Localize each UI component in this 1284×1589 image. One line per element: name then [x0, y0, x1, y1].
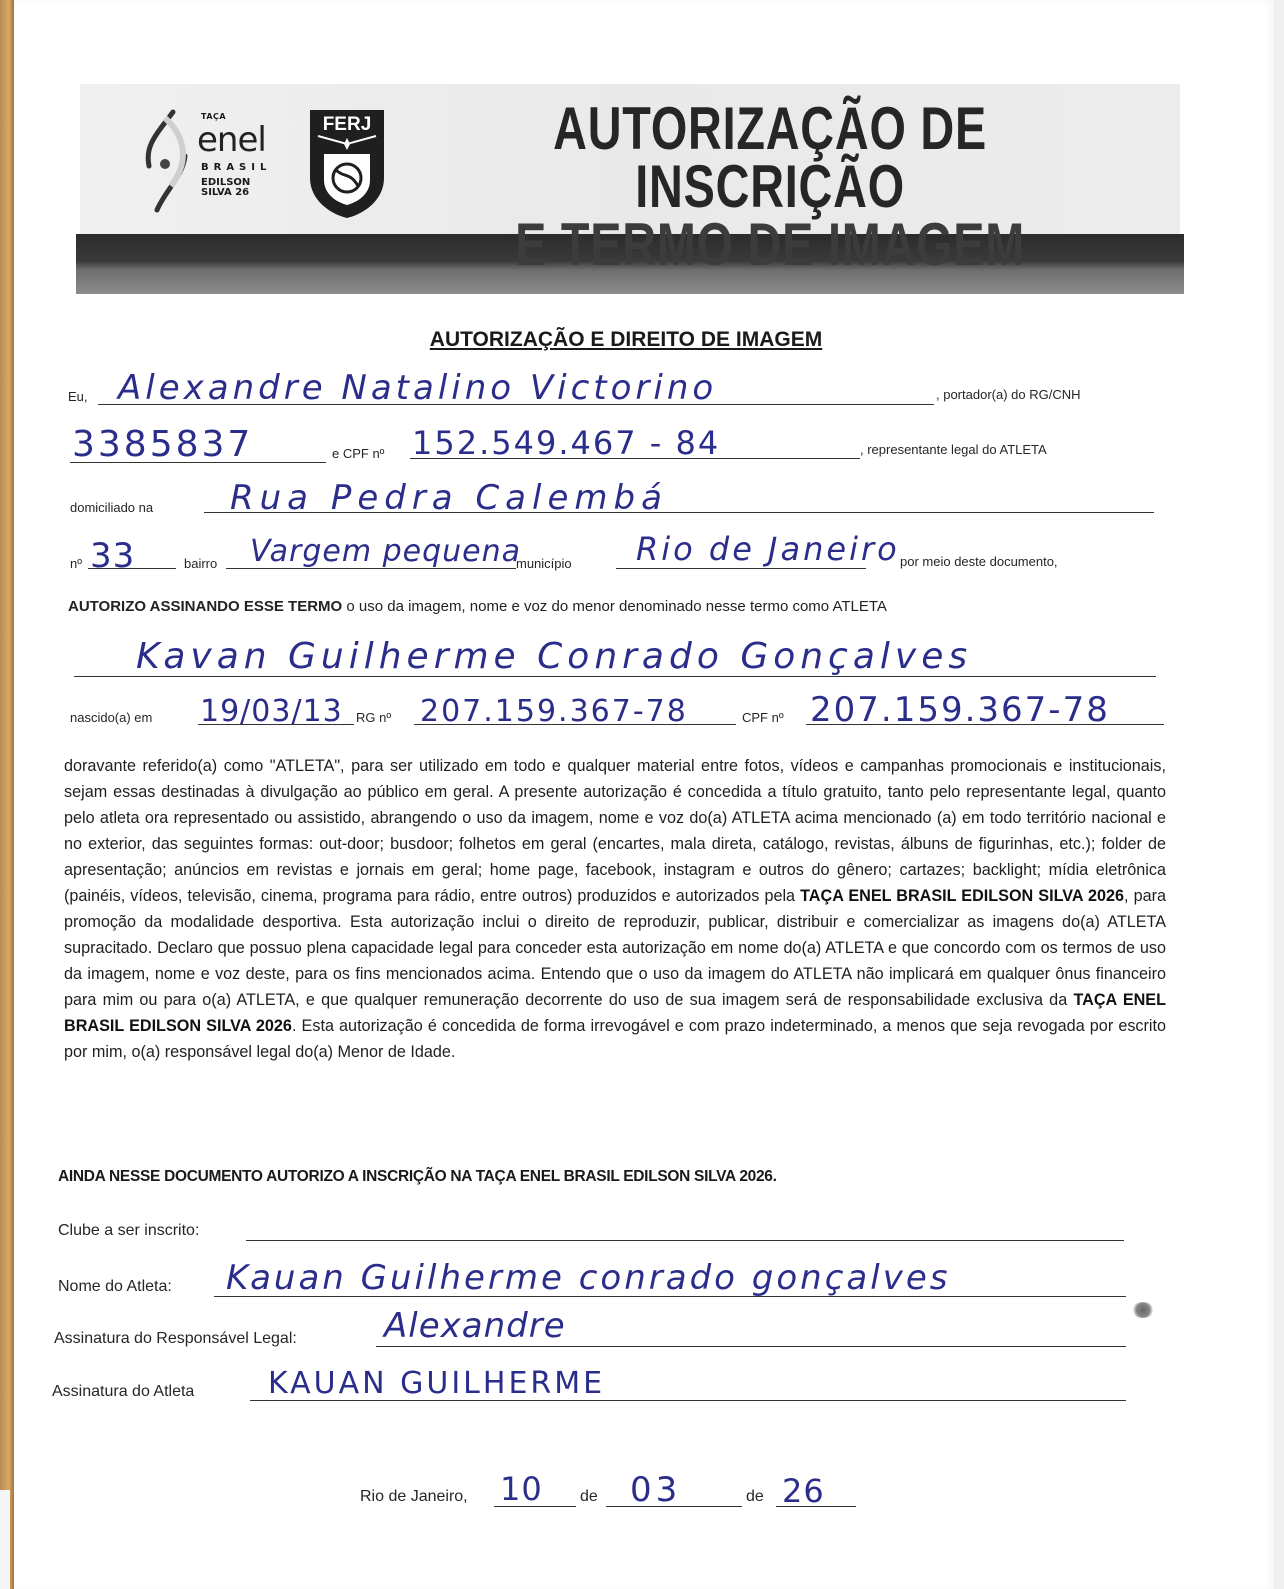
date-city-label: Rio de Janeiro,: [360, 1488, 468, 1506]
svg-text:FERJ: FERJ: [323, 114, 372, 135]
date-de-label-2: de: [746, 1488, 764, 1506]
date-year-field[interactable]: 26: [782, 1472, 825, 1510]
domiciliado-label: domiciliado na: [70, 500, 153, 515]
nascimento-field[interactable]: 19/03/13: [200, 694, 343, 729]
event-name-bold: TAÇA ENEL BRASIL EDILSON SILVA 2026: [800, 887, 1124, 905]
municipio-label: município: [516, 556, 572, 571]
cpf-atleta-label: CPF nº: [742, 710, 784, 725]
logo-brasil-text: BRASIL: [201, 162, 271, 173]
numero-field[interactable]: 33: [90, 536, 135, 576]
municipio-field[interactable]: Rio de Janeiro: [636, 530, 900, 568]
background-patch: [0, 1490, 10, 1589]
inscricao-heading: AINDA NESSE DOCUMENTO AUTORIZO A INSCRIÇ…: [58, 1168, 777, 1186]
nome-atleta-label: Nome do Atleta:: [58, 1278, 172, 1296]
numero-label: nº: [70, 556, 82, 571]
clube-label: Clube a ser inscrito:: [58, 1222, 199, 1240]
assinatura-atleta-field[interactable]: KAUAN GUILHERME: [268, 1366, 605, 1401]
por-meio-label: por meio deste documento,: [900, 554, 1058, 569]
assinatura-atleta-label: Assinatura do Atleta: [52, 1383, 194, 1401]
portador-label: , portador(a) do RG/CNH: [936, 387, 1081, 402]
ink-smudge: [1132, 1302, 1154, 1318]
title-line-1: AUTORIZAÇÃO DE INSCRIÇÃO: [430, 100, 1110, 216]
date-month-field[interactable]: 03: [630, 1470, 681, 1510]
assinatura-resp-field[interactable]: Alexandre: [384, 1306, 566, 1346]
endereco-field[interactable]: Rua Pedra Calembá: [230, 478, 668, 518]
responsavel-name-field[interactable]: Alexandre Natalino Victorino: [118, 368, 717, 408]
authorization-paragraph: doravante referido(a) como "ATLETA", par…: [64, 753, 1166, 1065]
ferj-shield-logo-icon: FERJ: [308, 108, 386, 220]
cpf-field[interactable]: 152.549.467 - 84: [412, 424, 720, 462]
eu-label: Eu,: [68, 389, 88, 404]
assinatura-resp-line: [376, 1346, 1126, 1347]
taca-enel-logo: TAÇA enel BRASIL EDILSON SILVA 26: [135, 100, 295, 220]
nome-atleta-field[interactable]: Kauan Guilherme conrado gonçalves: [226, 1258, 950, 1298]
rg-atleta-label: RG nº: [356, 710, 391, 725]
logo-edilson-text: EDILSON SILVA 26: [201, 178, 261, 198]
date-day-field[interactable]: 10: [500, 1470, 543, 1508]
paper-right-edge: [1274, 0, 1284, 1589]
rg-cnh-field[interactable]: 3385837: [72, 424, 253, 465]
clube-line: [246, 1240, 1124, 1241]
logo-enel-text: enel: [197, 120, 266, 160]
bairro-label: bairro: [184, 556, 217, 571]
nascido-label: nascido(a) em: [70, 710, 152, 725]
rg-atleta-field[interactable]: 207.159.367-78: [420, 694, 688, 729]
date-de-label-1: de: [580, 1488, 598, 1506]
bairro-field[interactable]: Vargem pequena: [250, 534, 521, 569]
swirl-logo-icon: [135, 106, 195, 216]
municipio-line: [616, 568, 866, 569]
title-line-2: E TERMO DE IMAGEM: [430, 216, 1110, 274]
cpf-atleta-field[interactable]: 207.159.367-78: [810, 690, 1110, 730]
cpf-label: e CPF nº: [332, 446, 384, 461]
autorizo-statement: AUTORIZO ASSINANDO ESSE TERMO o uso da i…: [68, 598, 887, 615]
section-heading: AUTORIZAÇÃO E DIREITO DE IMAGEM: [0, 328, 1284, 352]
atleta-name-field[interactable]: Kavan Guilherme Conrado Gonçalves: [136, 636, 972, 677]
assinatura-resp-label: Assinatura do Responsável Legal:: [54, 1330, 297, 1348]
representante-label: , representante legal do ATLETA: [860, 442, 1047, 457]
document-title: AUTORIZAÇÃO DE INSCRIÇÃO E TERMO DE IMAG…: [430, 100, 1110, 274]
